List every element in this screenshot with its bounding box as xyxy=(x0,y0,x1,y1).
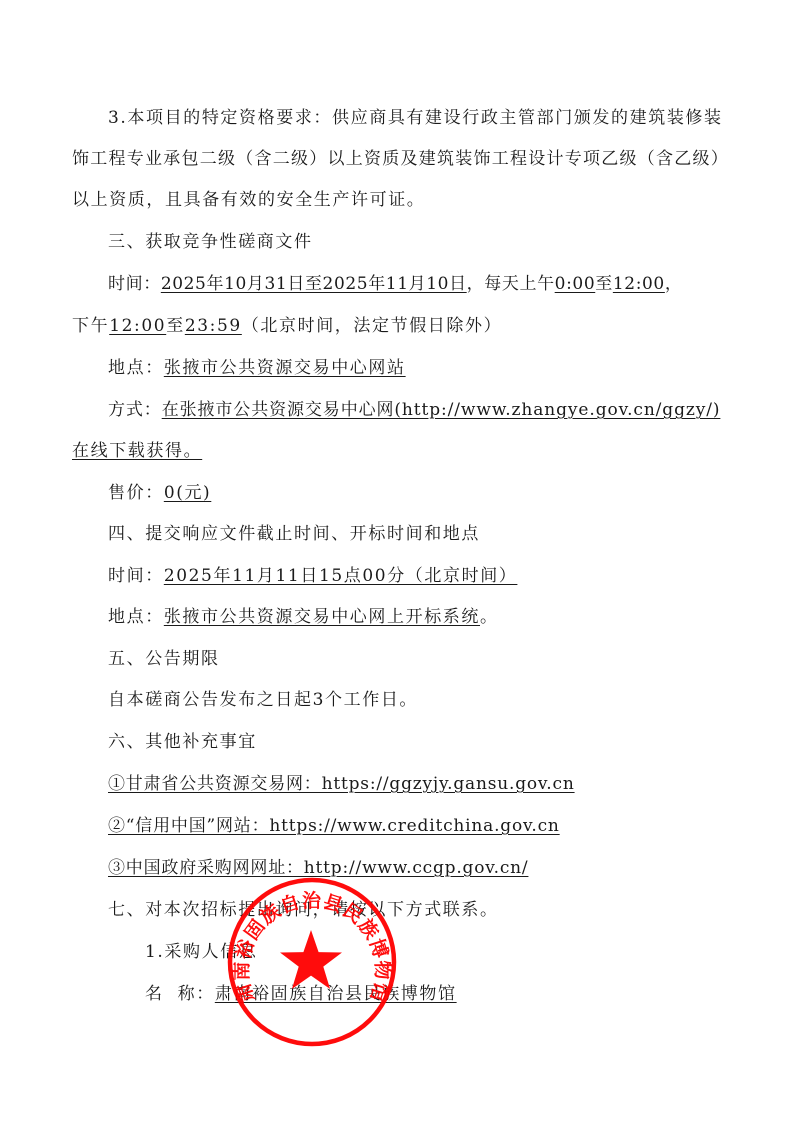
punctuation: ， xyxy=(665,274,683,294)
am-start-time: 0:00 xyxy=(555,274,596,294)
obtain-method-line: 方式：在张掖市公共资源交易中心网(http://www.zhangye.gov.… xyxy=(108,399,720,421)
paragraph-text: 自本磋商公告发布之日起3个工作日。 xyxy=(108,690,418,710)
label: 地点： xyxy=(108,607,164,627)
purchaser-title: 1.采购人信息 xyxy=(145,941,257,963)
heading-text: 五、公告期限 xyxy=(108,649,220,669)
label: 时间： xyxy=(108,274,161,294)
qualification-line-1: 3.本项目的特定资格要求：供应商具有建设行政主管部门颁发的建筑装修装 xyxy=(108,107,723,129)
purchaser-name-line: 名 称：肃南裕固族自治县民族博物馆 xyxy=(145,983,457,1005)
gansu-ggzy-link[interactable]: ①甘肃省公共资源交易网：https://ggzyjy.gansu.gov.cn xyxy=(108,774,575,794)
submit-time-line: 时间：2025年11月11日15点00分（北京时间） xyxy=(108,565,517,587)
section-heading-6: 六、其他补充事宜 xyxy=(108,731,257,753)
heading-text: 四、提交响应文件截止时间、开标时间和地点 xyxy=(108,524,480,544)
method-link[interactable]: 在张掖市公共资源交易中心网(http://www.zhangye.gov.cn/… xyxy=(162,400,721,420)
obtain-method-line-2: 在线下载获得。 xyxy=(72,440,202,462)
link-item-3[interactable]: ③中国政府采购网网址：http://www.ccgp.gov.cn/ xyxy=(108,857,528,879)
creditchina-link[interactable]: ②“信用中国”网站：https://www.creditchina.gov.cn xyxy=(108,816,560,836)
label: 方式： xyxy=(108,400,162,420)
purchaser-name: 肃南裕固族自治县民族博物馆 xyxy=(215,984,457,1004)
link-item-2[interactable]: ②“信用中国”网站：https://www.creditchina.gov.cn xyxy=(108,815,560,837)
label: 下午 xyxy=(72,316,109,336)
section-heading-7: 七、对本次招标提出询问，请按以下方式联系。 xyxy=(108,899,499,921)
star-icon xyxy=(280,930,342,989)
obtain-time-line: 时间：2025年10月31日至2025年11月10日，每天上午0:00至12:0… xyxy=(108,273,682,295)
note: （北京时间，法定节假日除外） xyxy=(242,316,502,336)
heading-text: 六、其他补充事宜 xyxy=(108,732,257,752)
pm-start-time: 12:00 xyxy=(109,316,166,336)
label: 名 称： xyxy=(145,984,215,1004)
section-heading-3: 三、获取竞争性磋商文件 xyxy=(108,231,313,253)
period-line: 自本磋商公告发布之日起3个工作日。 xyxy=(108,689,418,711)
deadline-value: 2025年11月11日15点00分（北京时间） xyxy=(164,566,518,586)
link-item-1[interactable]: ①甘肃省公共资源交易网：https://ggzyjy.gansu.gov.cn xyxy=(108,773,575,795)
place-value: 张掖市公共资源交易中心网上开标系统 xyxy=(164,607,480,627)
heading-text: 七、对本次招标提出询问，请按以下方式联系。 xyxy=(108,900,499,920)
obtain-place-line: 地点：张掖市公共资源交易中心网站 xyxy=(108,357,406,379)
document-page: 3.本项目的特定资格要求：供应商具有建设行政主管部门颁发的建筑装修装 饰工程专业… xyxy=(0,0,793,1122)
price-line: 售价：0(元) xyxy=(108,482,211,504)
label: 至 xyxy=(166,316,185,336)
label: 地点： xyxy=(108,358,164,378)
label: ，每天上午 xyxy=(467,274,555,294)
qualification-line-2: 饰工程专业承包二级（含二级）以上资质及建筑装饰工程设计专项乙级（含乙级） xyxy=(72,148,729,170)
place-value: 张掖市公共资源交易中心网站 xyxy=(164,358,406,378)
label: 售价： xyxy=(108,483,164,503)
label: 至 xyxy=(595,274,613,294)
punctuation: 。 xyxy=(480,607,499,627)
paragraph-text: 3.本项目的特定资格要求：供应商具有建设行政主管部门颁发的建筑装修装 xyxy=(108,108,723,128)
am-end-time: 12:00 xyxy=(613,274,665,294)
section-heading-4: 四、提交响应文件截止时间、开标时间和地点 xyxy=(108,523,480,545)
subheading-text: 1.采购人信息 xyxy=(145,942,257,962)
ccgp-link[interactable]: ③中国政府采购网网址：http://www.ccgp.gov.cn/ xyxy=(108,858,528,878)
obtain-time-line-2: 下午12:00至23:59（北京时间，法定节假日除外） xyxy=(72,315,502,337)
paragraph-text: 饰工程专业承包二级（含二级）以上资质及建筑装饰工程设计专项乙级（含乙级） xyxy=(72,149,729,169)
pm-end-time: 23:59 xyxy=(185,316,242,336)
paragraph-text: 以上资质，且具备有效的安全生产许可证。 xyxy=(72,190,425,210)
price-value: 0(元) xyxy=(164,483,211,503)
heading-text: 三、获取竞争性磋商文件 xyxy=(108,232,313,252)
label: 时间： xyxy=(108,566,164,586)
date-range: 2025年10月31日至2025年11月10日 xyxy=(161,274,467,294)
submit-place-line: 地点：张掖市公共资源交易中心网上开标系统。 xyxy=(108,606,499,628)
section-heading-5: 五、公告期限 xyxy=(108,648,220,670)
method-value: 在线下载获得。 xyxy=(72,441,202,461)
qualification-line-3: 以上资质，且具备有效的安全生产许可证。 xyxy=(72,189,425,211)
